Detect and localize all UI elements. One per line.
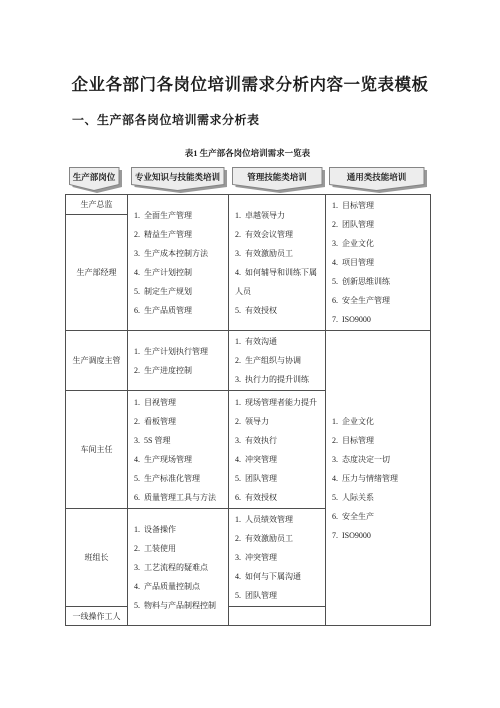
row-label-frontline-operator: 一线操作工人 — [66, 607, 128, 626]
training-item-list: 卓越领导力有效会议管理有效激励员工如何辅导和训练下属人员有效授权 — [229, 206, 325, 320]
training-item: 有效执行 — [235, 431, 323, 450]
column-header-label: 管理技能类培训 — [232, 171, 322, 183]
training-item: 5S 管理 — [134, 431, 226, 450]
training-item: 工装使用 — [134, 539, 226, 558]
column-header-label: 通用类技能培训 — [329, 171, 424, 183]
training-needs-table: 生产总监 全面生产管理精益生产管理生产成本控制方法生产计划控制制定生产规划生产品… — [65, 194, 431, 626]
column-header-label: 专业知识与技能类培训 — [131, 171, 224, 183]
column-header-label: 生产部岗位 — [69, 171, 119, 183]
cell-team-leader-operator-professional: 设备操作工装使用工艺流程的疑难点产品质量控制点物料与产品制程控制 — [128, 509, 229, 626]
cell-workshop-professional: 目视管理看板管理5S 管理生产现场管理生产标准化管理质量管理工具与方法 — [128, 391, 229, 509]
training-item-list: 人员绩效管理有效激励员工冲突管理如何与下属沟通团队管理 — [229, 510, 325, 605]
cell-director-manager-management: 卓越领导力有效会议管理有效激励员工如何辅导和训练下属人员有效授权 — [229, 195, 326, 331]
training-item: 团队管理 — [332, 215, 428, 234]
training-item: 产品质量控制点 — [134, 577, 226, 596]
training-item-list: 目视管理看板管理5S 管理生产现场管理生产标准化管理质量管理工具与方法 — [128, 393, 228, 507]
training-item: 目标管理 — [332, 196, 428, 215]
training-item: 目视管理 — [134, 393, 226, 412]
training-item: 团队管理 — [235, 469, 323, 488]
training-item: 项目管理 — [332, 253, 428, 272]
row-label-director: 生产总监 — [66, 195, 128, 215]
training-item: 如何与下属沟通 — [235, 567, 323, 586]
cell-operator-management-empty — [229, 607, 326, 626]
document-page: 企业各部门各岗位培训需求分析内容一览表模板 一、生产部各岗位培训需求分析表 表1… — [0, 0, 500, 708]
training-item: 安全生产管理 — [332, 291, 428, 310]
training-item: 生产计划执行管理 — [134, 342, 226, 361]
training-item-list: 设备操作工装使用工艺流程的疑难点产品质量控制点物料与产品制程控制 — [128, 520, 228, 615]
row-label-workshop-director: 车间主任 — [66, 391, 128, 509]
table-caption: 表1 生产部各岗位培训需求一览表 — [65, 147, 430, 159]
training-item: 如何辅导和训练下属人员 — [235, 263, 323, 301]
training-item: 压力与情绪管理 — [332, 469, 428, 488]
training-item: 冲突管理 — [235, 548, 323, 567]
table-row: 生产总监 全面生产管理精益生产管理生产成本控制方法生产计划控制制定生产规划生产品… — [66, 195, 431, 215]
row-label-manager: 生产部经理 — [66, 215, 128, 331]
training-item: 有效授权 — [235, 301, 323, 320]
column-header-management-training: 管理技能类培训 — [232, 167, 326, 193]
training-item: 生产成本控制方法 — [134, 244, 226, 263]
training-item: 生产计划控制 — [134, 263, 226, 282]
table-row: 生产调度主管 生产计划执行管理生产进度控制 有效沟通生产组织与协调执行力的提升训… — [66, 331, 431, 391]
training-item: 物料与产品制程控制 — [134, 596, 226, 615]
training-item: 有效激励员工 — [235, 529, 323, 548]
section-heading: 一、生产部各岗位培训需求分析表 — [72, 111, 260, 128]
training-item: ISO9000 — [332, 310, 428, 329]
cell-supervisor-to-operator-general: 企业文化目标管理态度决定一切压力与情绪管理人际关系安全生产ISO9000 — [326, 331, 431, 626]
training-item: 制定生产规划 — [134, 282, 226, 301]
training-item: 生产现场管理 — [134, 450, 226, 469]
column-header-position: 生产部岗位 — [69, 167, 123, 193]
row-label-dispatch-supervisor: 生产调度主管 — [66, 331, 128, 391]
training-item: 看板管理 — [134, 412, 226, 431]
column-header-general-training: 通用类技能培训 — [329, 167, 428, 193]
training-item-list: 现场管理者能力提升领导力有效执行冲突管理团队管理有效授权 — [229, 393, 325, 507]
training-item: 生产标准化管理 — [134, 469, 226, 488]
cell-director-manager-professional: 全面生产管理精益生产管理生产成本控制方法生产计划控制制定生产规划生产品质管理 — [128, 195, 229, 331]
cell-director-manager-general: 目标管理团队管理企业文化项目管理创新思维训练安全生产管理ISO9000 — [326, 195, 431, 331]
training-item: 人际关系 — [332, 488, 428, 507]
training-item: 精益生产管理 — [134, 225, 226, 244]
training-item: ISO9000 — [332, 526, 428, 545]
training-item: 企业文化 — [332, 412, 428, 431]
training-item: 有效会议管理 — [235, 225, 323, 244]
training-item: 安全生产 — [332, 507, 428, 526]
training-item: 有效授权 — [235, 488, 323, 507]
training-item: 有效沟通 — [235, 332, 323, 351]
training-item: 执行力的提升训练 — [235, 370, 323, 389]
training-item: 生产组织与协调 — [235, 351, 323, 370]
training-item: 生产进度控制 — [134, 361, 226, 380]
cell-dispatch-professional: 生产计划执行管理生产进度控制 — [128, 331, 229, 391]
cell-workshop-management: 现场管理者能力提升领导力有效执行冲突管理团队管理有效授权 — [229, 391, 326, 509]
training-item: 态度决定一切 — [332, 450, 428, 469]
cell-team-leader-management: 人员绩效管理有效激励员工冲突管理如何与下属沟通团队管理 — [229, 509, 326, 607]
training-item: 人员绩效管理 — [235, 510, 323, 529]
cell-dispatch-management: 有效沟通生产组织与协调执行力的提升训练 — [229, 331, 326, 391]
training-item-list: 有效沟通生产组织与协调执行力的提升训练 — [229, 332, 325, 389]
training-item: 企业文化 — [332, 234, 428, 253]
training-item: 创新思维训练 — [332, 272, 428, 291]
training-item-list: 目标管理团队管理企业文化项目管理创新思维训练安全生产管理ISO9000 — [326, 196, 430, 329]
training-item-list: 全面生产管理精益生产管理生产成本控制方法生产计划控制制定生产规划生产品质管理 — [128, 206, 228, 320]
training-item: 团队管理 — [235, 586, 323, 605]
training-item: 领导力 — [235, 412, 323, 431]
document-title: 企业各部门各岗位培训需求分析内容一览表模板 — [0, 71, 500, 95]
training-item: 全面生产管理 — [134, 206, 226, 225]
training-item: 设备操作 — [134, 520, 226, 539]
training-item: 冲突管理 — [235, 450, 323, 469]
column-header-professional-training: 专业知识与技能类培训 — [131, 167, 228, 193]
training-item: 目标管理 — [332, 431, 428, 450]
training-item: 卓越领导力 — [235, 206, 323, 225]
training-item: 工艺流程的疑难点 — [134, 558, 226, 577]
training-item-list: 企业文化目标管理态度决定一切压力与情绪管理人际关系安全生产ISO9000 — [326, 412, 430, 545]
training-item-list: 生产计划执行管理生产进度控制 — [128, 342, 228, 380]
training-item: 生产品质管理 — [134, 301, 226, 320]
training-item: 现场管理者能力提升 — [235, 393, 323, 412]
training-item: 质量管理工具与方法 — [134, 488, 226, 507]
training-item: 有效激励员工 — [235, 244, 323, 263]
row-label-team-leader: 班组长 — [66, 509, 128, 607]
